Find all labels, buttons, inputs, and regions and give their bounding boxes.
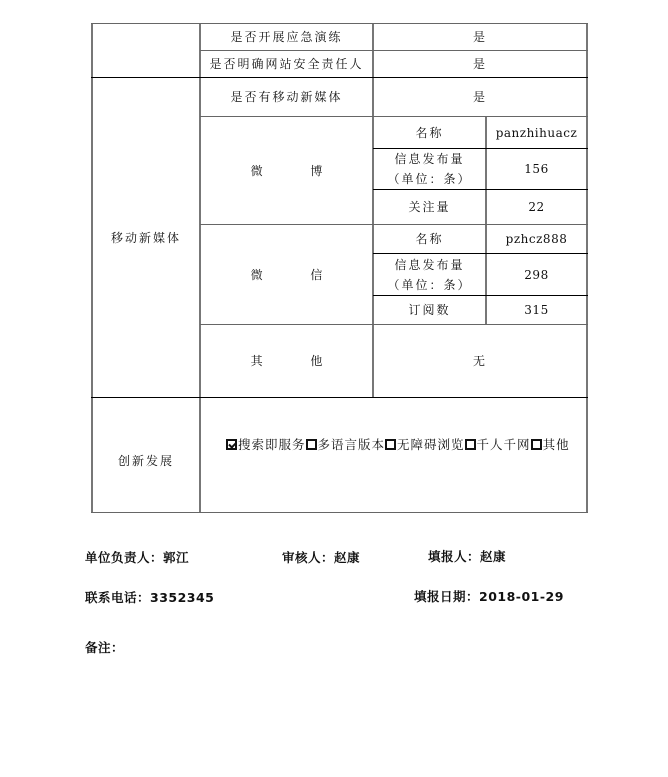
table-border-bottom [91, 512, 588, 513]
unit-head: 单位负责人：郭江 [85, 548, 189, 566]
weibo-followers-value: 22 [486, 190, 587, 224]
wechat-posts-label: 信息发布量 （单位：条） [373, 254, 486, 295]
wechat-label: 微 信 [200, 225, 373, 324]
mobile-media-section-label: 移动新媒体 [92, 78, 200, 397]
remarks: 备注： [85, 638, 124, 656]
weibo-posts-value: 156 [486, 149, 587, 189]
innovation-options: 搜索即服务 多语言版本 无障碍浏览 千人千网 其他 [200, 398, 587, 492]
reviewer: 审核人：赵康 [282, 548, 360, 566]
fill-date: 填报日期：2018-01-29 [414, 587, 564, 605]
option-multilingual[interactable]: 多语言版本 [306, 435, 386, 455]
contact-phone: 联系电话：3352345 [85, 588, 214, 606]
innovation-section-label: 创新发展 [92, 398, 200, 512]
weibo-name-label: 名称 [373, 117, 486, 148]
weibo-posts-label: 信息发布量 （单位：条） [373, 149, 486, 189]
checkbox-icon[interactable] [465, 439, 476, 450]
has-mobile-media-label: 是否有移动新媒体 [200, 78, 373, 116]
emergency-drill-label: 是否开展应急演练 [200, 24, 373, 50]
option-accessibility[interactable]: 无障碍浏览 [385, 435, 465, 455]
weibo-posts-label-line2: （单位：条） [387, 169, 471, 189]
other-media-label: 其 他 [200, 325, 373, 397]
checkbox-checked-icon[interactable] [226, 439, 237, 450]
wechat-subscribers-label: 订阅数 [373, 296, 486, 324]
wechat-posts-value: 298 [486, 254, 587, 295]
checkbox-icon[interactable] [531, 439, 542, 450]
emergency-drill-value: 是 [373, 24, 587, 50]
security-owner-value: 是 [373, 51, 587, 77]
weibo-followers-label: 关注量 [373, 190, 486, 224]
wechat-subscribers-value: 315 [486, 296, 587, 324]
weibo-posts-label-line1: 信息发布量 [394, 149, 464, 169]
weibo-label: 微 博 [200, 117, 373, 224]
wechat-name-value: pzhcz888 [486, 225, 587, 253]
has-mobile-media-value: 是 [373, 78, 587, 116]
checkbox-icon[interactable] [385, 439, 396, 450]
option-other[interactable]: 其他 [531, 435, 570, 455]
option-personalized[interactable]: 千人千网 [465, 435, 531, 455]
wechat-posts-label-line2: （单位：条） [387, 275, 471, 295]
filler: 填报人：赵康 [428, 547, 506, 565]
option-search-as-service[interactable]: 搜索即服务 [226, 435, 306, 455]
other-media-value: 无 [373, 325, 587, 397]
security-owner-label: 是否明确网站安全责任人 [200, 51, 373, 77]
weibo-name-value: panzhihuacz [486, 117, 587, 148]
wechat-posts-label-line1: 信息发布量 [394, 255, 464, 275]
checkbox-icon[interactable] [306, 439, 317, 450]
wechat-name-label: 名称 [373, 225, 486, 253]
